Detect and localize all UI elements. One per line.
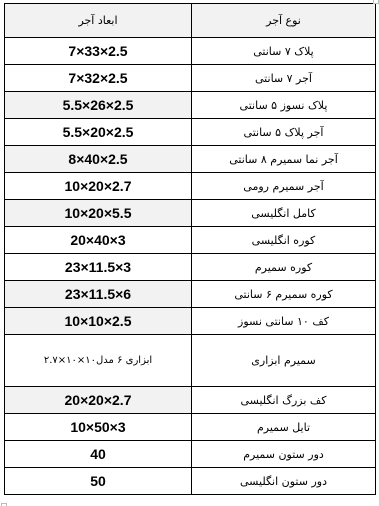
brick-type-cell: پلاک نسوز ۵ سانتی	[192, 92, 376, 119]
dimensions-cell: 7×32×2.5	[5, 65, 192, 92]
brick-type-cell: سمیرم ابزاری	[192, 335, 376, 387]
table-row: ابزاری ۶ مدل۱۰×۱۰×۲.۷ سمیرم ابزاری	[5, 335, 376, 387]
dimensions-cell: 8×40×2.5	[5, 146, 192, 173]
dimensions-cell: 10×50×3	[5, 414, 192, 441]
dimensions-cell: ابزاری ۶ مدل۱۰×۱۰×۲.۷	[5, 335, 192, 387]
table-row: 50 دور ستون انگلیسی	[5, 468, 376, 495]
dimensions-cell: 10×20×2.7	[5, 173, 192, 200]
brick-dimensions-table: ابعاد آجر نوع آجر 7×33×2.5 پلاک ۷ سانتی …	[4, 3, 376, 495]
dimensions-cell: 5.5×20×2.5	[5, 119, 192, 146]
brick-type-cell: دور ستون سمیرم	[192, 441, 376, 468]
brick-type-cell: آجر نما سمیرم ۸ سانتی	[192, 146, 376, 173]
table-row: 23×11.5×3 کوره سمیرم	[5, 254, 376, 281]
dimensions-cell: 50	[5, 468, 192, 495]
table-row: 20×20×2.7 کف بزرگ انگلیسی	[5, 387, 376, 414]
brick-type-cell: کف ۱۰ سانتی نسوز	[192, 308, 376, 335]
table-header-row: ابعاد آجر نوع آجر	[5, 4, 376, 38]
dimensions-cell: 40	[5, 441, 192, 468]
dimensions-cell: 10×20×5.5	[5, 200, 192, 227]
dimensions-cell: 5.5×26×2.5	[5, 92, 192, 119]
header-brick-type: نوع آجر	[192, 4, 376, 38]
brick-type-cell: کامل انگلیسی	[192, 200, 376, 227]
brick-type-cell: کف بزرگ انگلیسی	[192, 387, 376, 414]
table-row: 10×20×5.5 کامل انگلیسی	[5, 200, 376, 227]
brick-type-cell: کوره انگلیسی	[192, 227, 376, 254]
brick-type-cell: آجر سمیرم رومی	[192, 173, 376, 200]
dimensions-cell: 23×11.5×3	[5, 254, 192, 281]
table-row: 20×40×3 کوره انگلیسی	[5, 227, 376, 254]
dimensions-cell: 23×11.5×6	[5, 281, 192, 308]
table-row: 5.5×26×2.5 پلاک نسوز ۵ سانتی	[5, 92, 376, 119]
brick-type-cell: کوره سمیرم	[192, 254, 376, 281]
header-dimensions: ابعاد آجر	[5, 4, 192, 38]
table-row: 5.5×20×2.5 آجر پلاک ۵ سانتی	[5, 119, 376, 146]
table-row: 7×33×2.5 پلاک ۷ سانتی	[5, 38, 376, 65]
table-row: 10×20×2.7 آجر سمیرم رومی	[5, 173, 376, 200]
text-boundary-marker	[373, 0, 379, 4]
table-row: 40 دور ستون سمیرم	[5, 441, 376, 468]
table-row: 8×40×2.5 آجر نما سمیرم ۸ سانتی	[5, 146, 376, 173]
brick-type-cell: کوره سمیرم ۶ سانتی	[192, 281, 376, 308]
dimensions-cell: 20×20×2.7	[5, 387, 192, 414]
table-row: 23×11.5×6 کوره سمیرم ۶ سانتی	[5, 281, 376, 308]
brick-type-cell: تایل سمیرم	[192, 414, 376, 441]
brick-type-cell: آجر ۷ سانتی	[192, 65, 376, 92]
table-row: 7×32×2.5 آجر ۷ سانتی	[5, 65, 376, 92]
brick-type-cell: آجر پلاک ۵ سانتی	[192, 119, 376, 146]
brick-type-cell: دور ستون انگلیسی	[192, 468, 376, 495]
dimensions-cell: 20×40×3	[5, 227, 192, 254]
table-row: 10×10×2.5 کف ۱۰ سانتی نسوز	[5, 308, 376, 335]
dimensions-cell: 7×33×2.5	[5, 38, 192, 65]
table-row: 10×50×3 تایل سمیرم	[5, 414, 376, 441]
dimensions-cell: 10×10×2.5	[5, 308, 192, 335]
brick-type-cell: پلاک ۷ سانتی	[192, 38, 376, 65]
